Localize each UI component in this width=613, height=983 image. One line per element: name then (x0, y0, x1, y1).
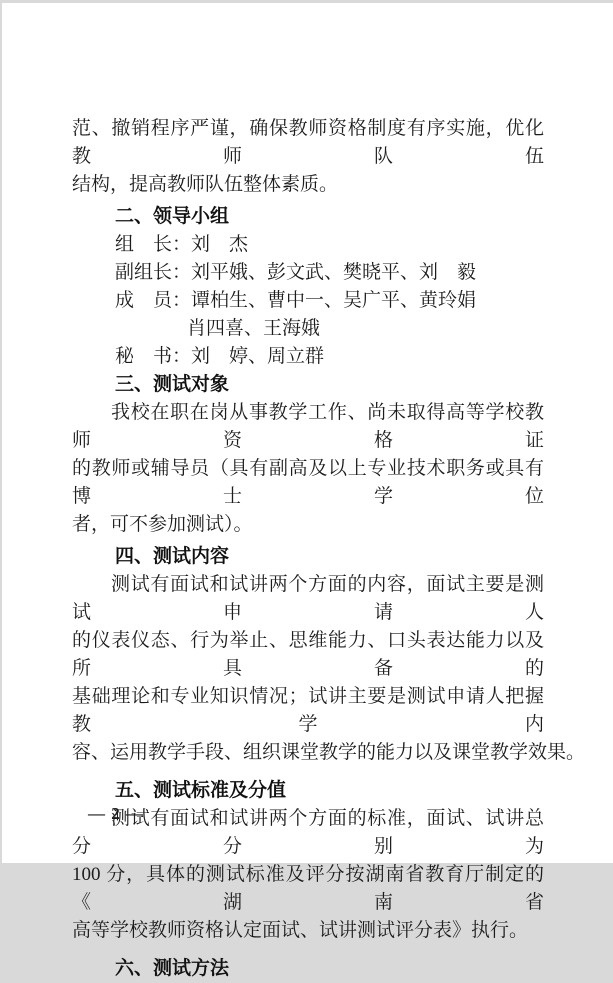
section-heading-test-subjects: 三、测试对象 (72, 371, 544, 399)
body-line: 的教师或辅导员（具有副高及以上专业技术职务或具有博士学位 (72, 455, 544, 511)
roster-names: 刘平娥、彭文武、樊晓平、刘 毅 (191, 262, 476, 283)
body-line: 100 分，具体的测试标准及评分按湖南省教育厅制定的《湖南省 (72, 861, 544, 870)
roster-names: 刘 杰 (191, 234, 248, 255)
roster-row-secretaries: 秘 书：刘 婷、周立群 (72, 343, 544, 371)
roster-row-leader: 组 长：刘 杰 (72, 231, 544, 259)
roster-row-deputy-leaders: 副组长：刘平娥、彭文武、樊晓平、刘 毅 (72, 259, 544, 287)
roster-label: 秘 书： (115, 343, 191, 371)
document-page: 范、撤销程序严谨，确保教师资格制度有序实施，优化教师队伍 结构，提高教师队伍整体… (2, 3, 613, 863)
section-heading-test-content: 四、测试内容 (72, 543, 544, 571)
roster-row-members-continued: 肖四喜、王海娥 (72, 315, 544, 343)
roster-label: 副组长： (115, 259, 191, 287)
body-line: 我校在职在岗从事教学工作、尚未取得高等学校教师资格证 (72, 399, 544, 455)
body-line: 者，可不参加测试）。 (72, 511, 544, 539)
roster-names: 谭柏生、曹中一、吴广平、黄玲娟 (191, 290, 476, 311)
roster-names: 刘 婷、周立群 (191, 346, 324, 367)
page-content: 范、撤销程序严谨，确保教师资格制度有序实施，优化教师队伍 结构，提高教师队伍整体… (72, 3, 544, 870)
intro-line-2: 结构，提高教师队伍整体素质。 (72, 171, 544, 199)
roster-row-members: 成 员：谭柏生、曹中一、吴广平、黄玲娟 (72, 287, 544, 315)
roster-label: 组 长： (115, 231, 191, 259)
roster-names: 肖四喜、王海娥 (187, 318, 320, 339)
body-line: 的仪表仪态、行为举止、思维能力、口头表达能力以及所具备的 (72, 627, 544, 683)
body-line: 容、运用教学手段、组织课堂教学的能力以及课堂教学效果。 (72, 739, 544, 767)
section-heading-test-standards: 五、测试标准及分值 (72, 777, 544, 805)
body-line: 基础理论和专业知识情况；试讲主要是测试申请人把握教学内 (72, 683, 544, 739)
page-number: — 2 — (88, 804, 144, 824)
intro-line-1: 范、撤销程序严谨，确保教师资格制度有序实施，优化教师队伍 (72, 115, 544, 171)
section-heading-leadership-group: 二、领导小组 (72, 203, 544, 231)
body-line: 测试有面试和试讲两个方面的内容，面试主要是测试申请人 (72, 571, 544, 627)
roster-label: 成 员： (115, 287, 191, 315)
